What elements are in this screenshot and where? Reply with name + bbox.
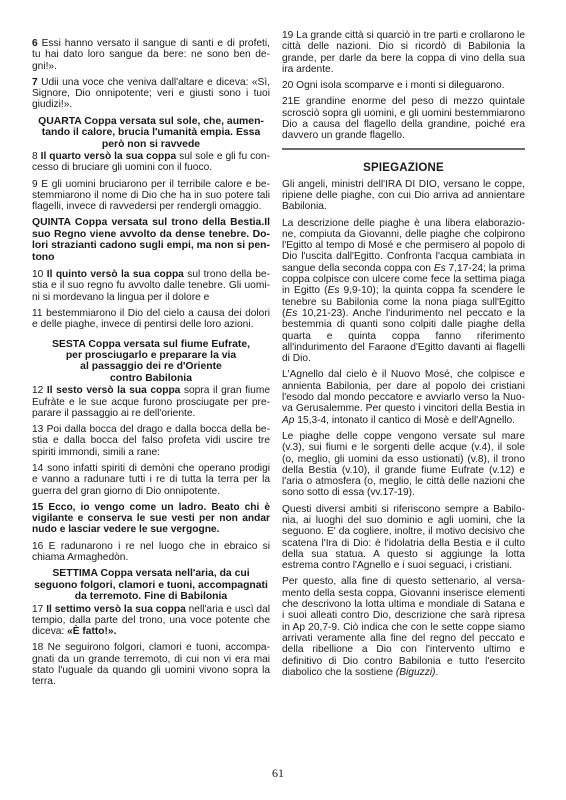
explanation-paragraph-6: Per questo, alla fine di questo settenar… (282, 576, 525, 678)
verse-7: 7 Udii una voce che veniva dall'altare e… (32, 77, 270, 111)
heading-sesta-coppa: SESTA Coppa versata sul fiume Eufrate, p… (32, 339, 270, 385)
page-number: 61 (272, 766, 284, 781)
verse-10: 10 Il quinto versò la sua coppa sul tron… (32, 269, 270, 303)
left-column: 6 Essi hanno versato il sangue di santi … (32, 38, 270, 693)
heading-quarta-coppa: QUARTA Coppa versata sul sole, che, aume… (32, 116, 270, 150)
verse-19: 19 La grande città si quarciò in tre par… (282, 30, 525, 75)
verse-8: 8 Il quarto versò la sua coppa sul sole … (32, 151, 270, 174)
verse-12: 12 Il sesto versò la sua coppa sopra il … (32, 385, 270, 419)
verse-16: 16 E radunarono i re nel luogo che in eb… (32, 541, 270, 564)
heading-quinta-coppa: QUINTA Coppa versata sul trono della Bes… (32, 217, 270, 263)
explanation-paragraph-5: Questi diversi ambiti si riferiscono sem… (282, 504, 525, 572)
verse-18: 18 Ne seguirono folgori, clamori e tuoni… (32, 642, 270, 687)
explanation-paragraph-2: La descrizione delle piaghe è una libera… (282, 218, 525, 365)
right-column: 19 La grande città si quarciò in tre par… (282, 30, 525, 683)
section-title-spiegazione: SPIEGAZIONE (282, 162, 525, 174)
verse-11: 11 bestemmiarono il Dio del cielo a caus… (32, 308, 270, 331)
verse-21: 21E grandine enorme del peso di mezzo qu… (282, 96, 525, 141)
verse-14: 14 sono infatti spiriti di demòni che op… (32, 463, 270, 497)
verse-15: 15 Ecco, io vengo come un ladro. Beato c… (32, 502, 270, 536)
verse-17: 17 Il settimo versò la sua coppa nell'ar… (32, 604, 270, 638)
verse-13: 13 Poi dalla bocca del drago e dalla boc… (32, 424, 270, 458)
explanation-paragraph-1: Gli angeli, ministri dell'IRA DI DIO, ve… (282, 179, 525, 213)
section-divider (282, 148, 525, 150)
verse-6: 6 Essi hanno versato il sangue di santi … (32, 38, 270, 72)
verse-9: 9 E gli uomini bruciarono per il terribi… (32, 179, 270, 213)
explanation-paragraph-3: L'Agnello dal cielo è il Nuovo Mosé, che… (282, 369, 525, 425)
explanation-paragraph-4: Le piaghe delle coppe vengono versate su… (282, 431, 525, 499)
heading-settima-coppa: SETTIMA Coppa versata nell'aria, da cui … (32, 568, 270, 602)
verse-20: 20 Ogni isola scomparve e i monti si dil… (282, 80, 525, 91)
